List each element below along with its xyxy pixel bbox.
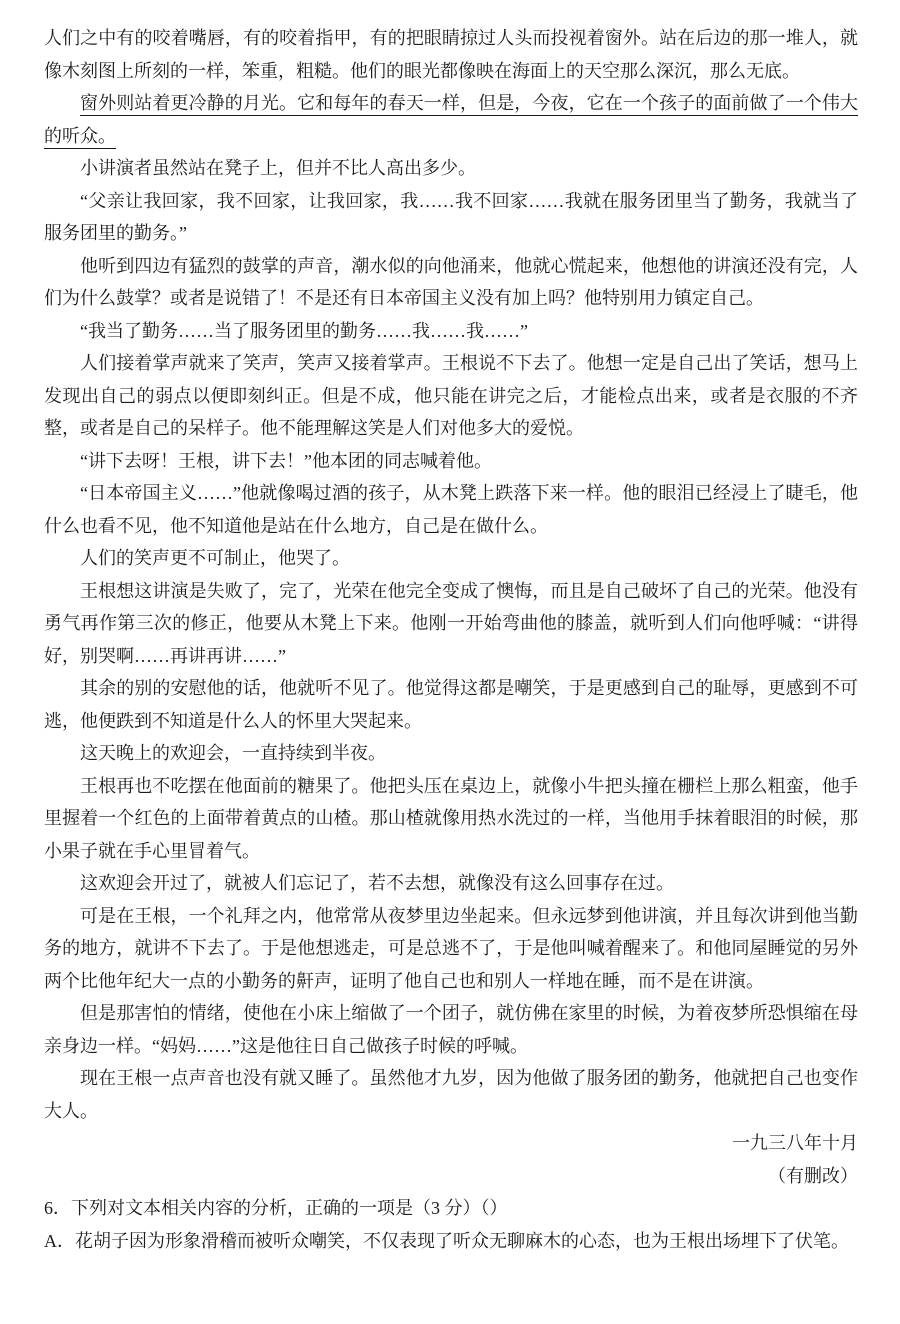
body-paragraph: “我当了勤务……当了服务团里的勤务……我……我……” [44, 315, 858, 348]
body-paragraph: 现在王根一点声音也没有就又睡了。虽然他才九岁，因为他做了服务团的勤务，他就把自己… [44, 1062, 858, 1127]
edit-note: （有删改） [44, 1160, 858, 1193]
body-paragraph: “日本帝国主义……”他就像喝过酒的孩子，从木凳上跌落下来一样。他的眼泪已经浸上了… [44, 477, 858, 542]
body-paragraph: 人们接着掌声就来了笑声，笑声又接着掌声。王根说不下去了。他想一定是自己出了笑话，… [44, 347, 858, 445]
body-paragraph: 但是那害怕的情绪，使他在小床上缩做了一个团子，就仿佛在家里的时候，为着夜梦所恐惧… [44, 997, 858, 1062]
body-paragraph: 这欢迎会开过了，就被人们忘记了，若不去想，就像没有这么回事存在过。 [44, 867, 858, 900]
body-paragraph: 王根想这讲演是失败了，完了，光荣在他完全变成了懊悔，而且是自己破坏了自己的光荣。… [44, 575, 858, 673]
body-paragraph: 其余的别的安慰他的话，他就听不见了。他觉得这都是嘲笑，于是更感到自己的耻辱，更感… [44, 672, 858, 737]
date-line: 一九三八年十月 [44, 1127, 858, 1160]
body-paragraph: 这天晚上的欢迎会，一直持续到半夜。 [44, 737, 858, 770]
question-6-option-a: A．花胡子因为形象滑稽而被听众嘲笑，不仅表现了听众无聊麻木的心态，也为王根出场埋… [44, 1225, 858, 1258]
underlined-passage: 窗外则站着更冷静的月光。它和每年的春天一样，但是，今夜，它在一个孩子的面前做了一… [44, 87, 858, 152]
body-paragraph-continuation: 人们之中有的咬着嘴唇，有的咬着指甲，有的把眼睛掠过人头而投视着窗外。站在后边的那… [44, 22, 858, 87]
question-6-stem: 6．下列对文本相关内容的分析，正确的一项是（3 分）（） [44, 1192, 858, 1225]
body-paragraph: “讲下去呀！王根，讲下去！”他本团的同志喊着他。 [44, 445, 858, 478]
document-page: 人们之中有的咬着嘴唇，有的咬着指甲，有的把眼睛掠过人头而投视着窗外。站在后边的那… [0, 0, 900, 1324]
body-paragraph: 小讲演者虽然站在凳子上，但并不比人高出多少。 [44, 152, 858, 185]
body-paragraph: 人们的笑声更不可制止，他哭了。 [44, 542, 858, 575]
body-paragraph: 王根再也不吃摆在他面前的糖果了。他把头压在桌边上，就像小牛把头撞在栅栏上那么粗蛮… [44, 770, 858, 868]
body-paragraph: “父亲让我回家，我不回家，让我回家，我……我不回家……我就在服务团里当了勤务，我… [44, 185, 858, 250]
body-paragraph: 他听到四边有猛烈的鼓掌的声音，潮水似的向他涌来，他就心慌起来，他想他的讲演还没有… [44, 250, 858, 315]
body-paragraph: 可是在王根，一个礼拜之内，他常常从夜梦里边坐起来。但永远梦到他讲演，并且每次讲到… [44, 900, 858, 998]
